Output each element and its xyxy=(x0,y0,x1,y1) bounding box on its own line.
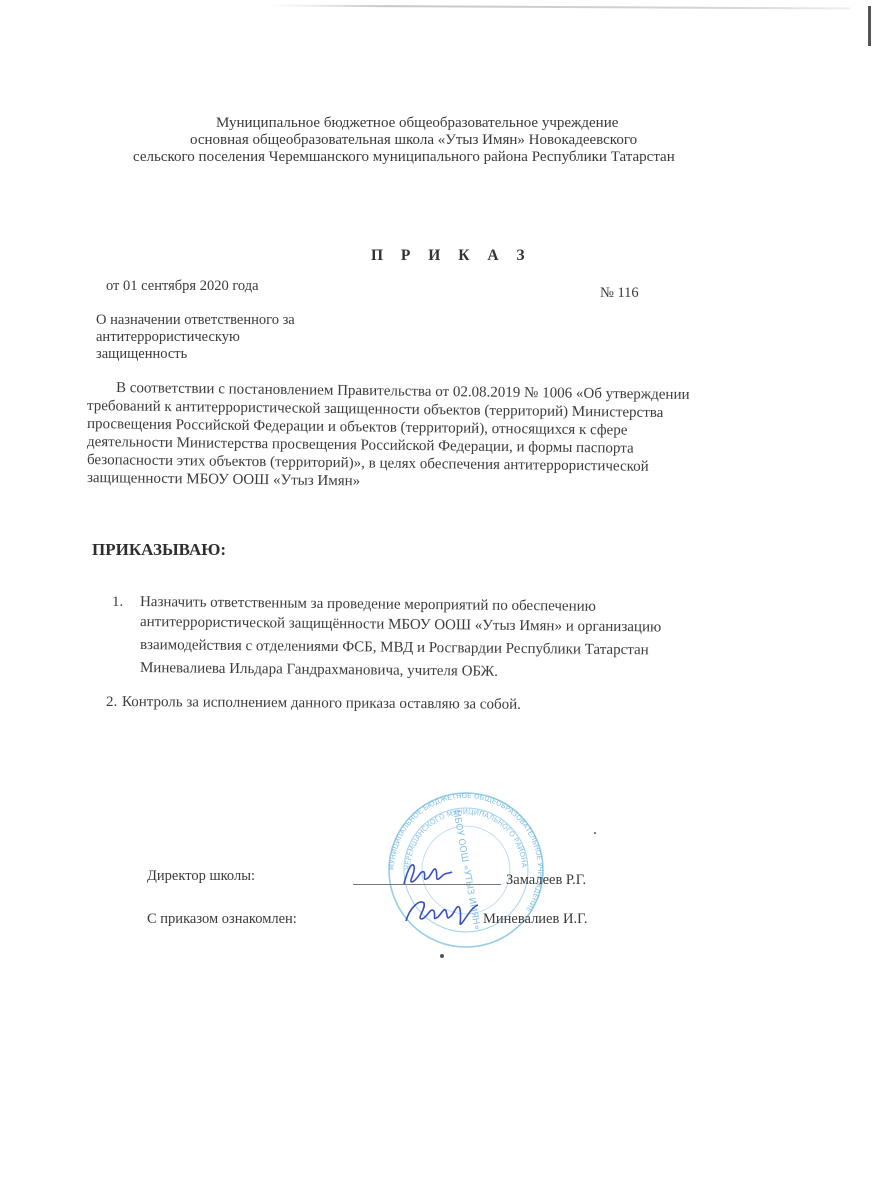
acknowledged-signature xyxy=(402,893,482,929)
item-1-line-4: Миневалиева Ильдара Гандрахмановича, учи… xyxy=(140,660,498,681)
subject-line-1: О назначении ответственного за xyxy=(96,312,295,329)
order-date: от 01 сентября 2020 года xyxy=(106,278,259,295)
scan-edge-right xyxy=(868,6,871,46)
order-heading: ПРИКАЗЫВАЮ: xyxy=(92,540,226,560)
order-number: № 116 xyxy=(600,285,639,302)
acknowledged-name: Миневалиев И.Г. xyxy=(483,911,587,928)
item-2-number: 2. xyxy=(106,694,117,712)
scan-speck xyxy=(594,832,596,834)
header-line-2: основная общеобразовательная школа «Утыз… xyxy=(190,131,637,149)
director-name: Замалеев Р.Г. xyxy=(506,872,586,889)
scan-edge-top xyxy=(270,4,850,9)
item-1-line-1: Назначить ответственным за проведение ме… xyxy=(140,594,596,616)
header-line-1: Муниципальное бюджетное общеобразователь… xyxy=(216,114,618,132)
director-label: Директор школы: xyxy=(147,868,255,885)
header-line-3: сельского поселения Черемшанского муници… xyxy=(133,148,675,166)
item-1-number: 1. xyxy=(112,594,123,612)
scan-speck xyxy=(440,954,444,958)
item-1-line-2: антитеррористической защищённости МБОУ О… xyxy=(140,614,661,637)
item-2-line-1: Контроль за исполнением данного приказа … xyxy=(122,694,521,714)
director-signature xyxy=(398,858,458,890)
preamble-line-6: защищенности МБОУ ООШ «Утыз Имян» xyxy=(87,470,360,490)
acknowledged-label: С приказом ознакомлен: xyxy=(147,911,297,928)
document-title: П Р И К А З xyxy=(371,247,532,265)
subject-line-3: защищенность xyxy=(96,346,187,363)
item-1-line-3: взаимодействия с отделениями ФСБ, МВД и … xyxy=(140,637,649,660)
subject-line-2: антитеррористическую xyxy=(96,329,240,346)
